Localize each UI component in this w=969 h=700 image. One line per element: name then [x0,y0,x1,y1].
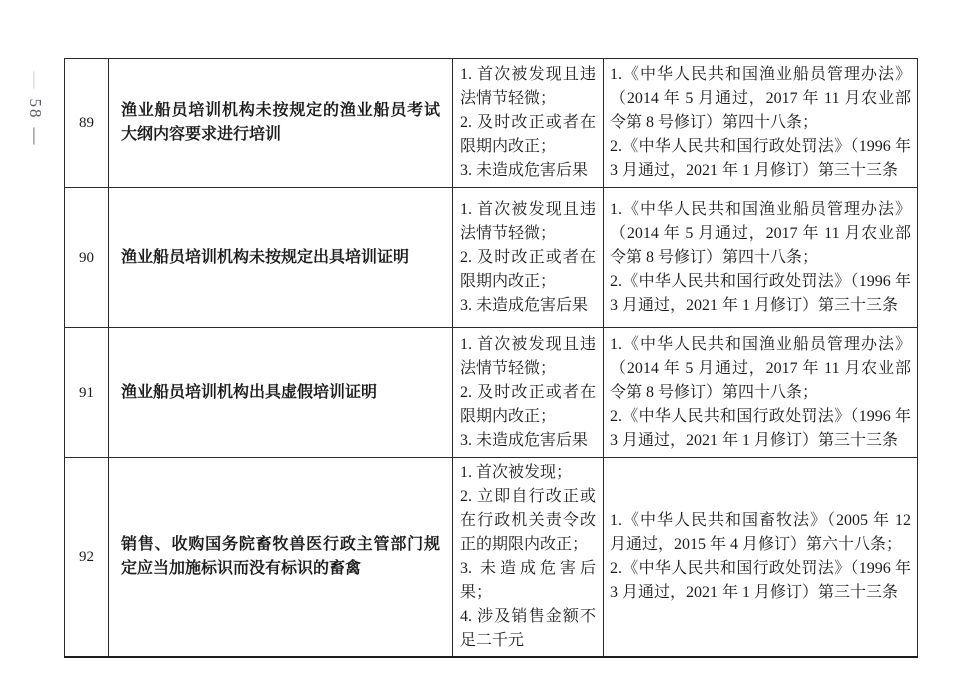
table-row: 91 渔业船员培训机构出具虚假培训证明 1. 首次被发现且违法情节轻微； 2. … [65,328,918,458]
legal-basis-item: 1.《中华人民共和国渔业船员管理办法》（2014 年 5 月通过，2017 年 … [610,333,911,405]
row-number: 89 [79,115,94,131]
violation-text: 渔业船员培训机构出具虚假培训证明 [121,381,440,405]
row-number-cell: 91 [65,328,109,458]
page-number-dash-bottom: — [26,128,45,147]
condition-item: 1. 首次被发现且违法情节轻微； [460,198,596,246]
page-number: 58 [26,91,45,128]
page-number-label: —58— [25,59,45,159]
conditions-cell: 1. 首次被发现且违法情节轻微； 2. 及时改正或者在限期内改正； 3. 未造成… [453,59,604,188]
conditions-cell: 1. 首次被发现； 2. 立即自行改正或在行政机关责令改正的期限内改正； 3. … [453,458,604,658]
condition-item: 3. 未造成危害后果 [460,429,596,453]
row-number-cell: 89 [65,59,109,188]
regulations-table: 89 渔业船员培训机构未按规定的渔业船员考试大纲内容要求进行培训 1. 首次被发… [64,58,918,658]
row-number-cell: 92 [65,458,109,658]
legal-basis-item: 2.《中华人民共和国行政处罚法》（1996 年 3 月通过，2021 年 1 月… [610,405,911,453]
page-number-dash-top: — [26,72,45,91]
legal-basis-item: 2.《中华人民共和国行政处罚法》（1996 年 3 月通过，2021 年 1 月… [610,557,911,605]
table-row: 89 渔业船员培训机构未按规定的渔业船员考试大纲内容要求进行培训 1. 首次被发… [65,59,918,188]
row-number-cell: 90 [65,188,109,328]
condition-item: 1. 首次被发现且违法情节轻微； [460,63,596,111]
row-number: 91 [79,385,94,401]
violation-text: 销售、收购国务院畜牧兽医行政主管部门规定应当加施标识而没有标识的畜禽 [121,533,440,581]
violation-cell: 销售、收购国务院畜牧兽医行政主管部门规定应当加施标识而没有标识的畜禽 [109,458,453,658]
condition-item: 1. 首次被发现且违法情节轻微； [460,333,596,381]
conditions-cell: 1. 首次被发现且违法情节轻微； 2. 及时改正或者在限期内改正； 3. 未造成… [453,328,604,458]
document-page: —58— 89 渔业船员培训机构未按规定的渔业船员考试大纲内容要求进行培训 1.… [0,0,969,700]
violation-cell: 渔业船员培训机构出具虚假培训证明 [109,328,453,458]
violation-cell: 渔业船员培训机构未按规定的渔业船员考试大纲内容要求进行培训 [109,59,453,188]
violation-text: 渔业船员培训机构未按规定的渔业船员考试大纲内容要求进行培训 [121,99,440,147]
legal-basis-item: 1.《中华人民共和国畜牧法》（2005 年 12 月通过，2015 年 4 月修… [610,509,911,557]
condition-item: 3. 未造成危害后果 [460,294,596,318]
condition-item: 4. 涉及销售金额不足二千元 [460,605,596,653]
condition-item: 1. 首次被发现； [460,461,596,485]
row-number: 92 [79,549,94,565]
condition-item: 3. 未造成危害后果； [460,557,596,605]
legal-basis-cell: 1.《中华人民共和国渔业船员管理办法》（2014 年 5 月通过，2017 年 … [604,188,918,328]
legal-basis-item: 2.《中华人民共和国行政处罚法》（1996 年 3 月通过，2021 年 1 月… [610,135,911,183]
table-row: 90 渔业船员培训机构未按规定出具培训证明 1. 首次被发现且违法情节轻微； 2… [65,188,918,328]
legal-basis-cell: 1.《中华人民共和国畜牧法》（2005 年 12 月通过，2015 年 4 月修… [604,458,918,658]
legal-basis-item: 1.《中华人民共和国渔业船员管理办法》（2014 年 5 月通过，2017 年 … [610,198,911,270]
violation-text: 渔业船员培训机构未按规定出具培训证明 [121,246,440,270]
legal-basis-item: 1.《中华人民共和国渔业船员管理办法》（2014 年 5 月通过，2017 年 … [610,63,911,135]
legal-basis-cell: 1.《中华人民共和国渔业船员管理办法》（2014 年 5 月通过，2017 年 … [604,59,918,188]
legal-basis-item: 2.《中华人民共和国行政处罚法》（1996 年 3 月通过，2021 年 1 月… [610,270,911,318]
condition-item: 2. 及时改正或者在限期内改正； [460,381,596,429]
condition-item: 2. 及时改正或者在限期内改正； [460,111,596,159]
condition-item: 3. 未造成危害后果 [460,159,596,183]
condition-item: 2. 立即自行改正或在行政机关责令改正的期限内改正； [460,485,596,557]
row-number: 90 [79,250,94,266]
table-row: 92 销售、收购国务院畜牧兽医行政主管部门规定应当加施标识而没有标识的畜禽 1.… [65,458,918,658]
legal-basis-cell: 1.《中华人民共和国渔业船员管理办法》（2014 年 5 月通过，2017 年 … [604,328,918,458]
condition-item: 2. 及时改正或者在限期内改正； [460,246,596,294]
conditions-cell: 1. 首次被发现且违法情节轻微； 2. 及时改正或者在限期内改正； 3. 未造成… [453,188,604,328]
violation-cell: 渔业船员培训机构未按规定出具培训证明 [109,188,453,328]
